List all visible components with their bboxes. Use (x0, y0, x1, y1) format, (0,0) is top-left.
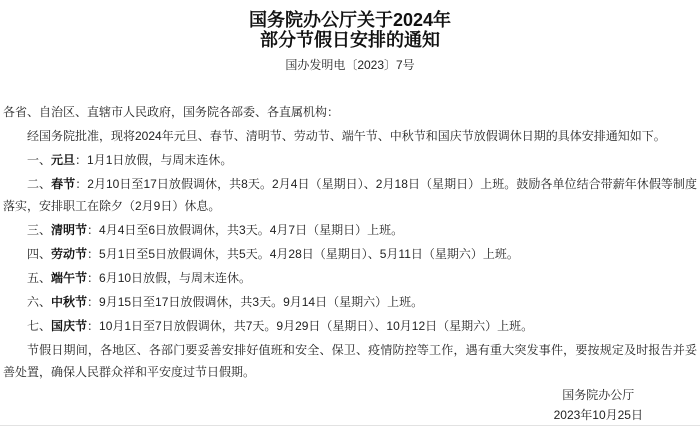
document-number: 国办发明电〔2023〕7号 (0, 57, 700, 73)
holiday-item-dragon-boat: 五、端午节：6月10日放假，与周末连休。 (3, 267, 697, 289)
signature-block: 国务院办公厅 2023年10月25日 (554, 385, 643, 425)
holiday-name: 劳动节 (51, 247, 87, 261)
notice-document: 国务院办公厅关于2024年 部分节假日安排的通知 国办发明电〔2023〕7号 各… (0, 0, 700, 426)
holiday-name: 中秋节 (51, 295, 87, 309)
item-prefix: 五、 (27, 271, 51, 285)
item-prefix: 三、 (27, 223, 51, 237)
item-text: ：4月4日至6日放假调休，共3天。4月7日（星期日）上班。 (87, 223, 403, 237)
holiday-item-spring-festival: 二、春节：2月10日至17日放假调休，共8天。2月4日（星期日）、2月18日（星… (3, 173, 697, 217)
holiday-name: 春节 (51, 177, 75, 191)
item-text: ：10月1日至7日放假调休，共7天。9月29日（星期日）、10月12日（星期六）… (87, 319, 533, 333)
holiday-name: 国庆节 (51, 319, 87, 333)
document-title: 国务院办公厅关于2024年 部分节假日安排的通知 (0, 10, 700, 50)
item-text: ：9月15日至17日放假调休，共3天。9月14日（星期六）上班。 (87, 295, 423, 309)
closing-paragraph: 节假日期间，各地区、各部门要妥善安排好值班和安全、保卫、疫情防控等工作，遇有重大… (3, 339, 697, 383)
intro-paragraph: 经国务院批准，现将2024年元旦、春节、清明节、劳动节、端午节、中秋节和国庆节放… (3, 125, 697, 147)
holiday-item-mid-autumn: 六、中秋节：9月15日至17日放假调休，共3天。9月14日（星期六）上班。 (3, 291, 697, 313)
holiday-item-qingming: 三、清明节：4月4日至6日放假调休，共3天。4月7日（星期日）上班。 (3, 219, 697, 241)
item-prefix: 六、 (27, 295, 51, 309)
item-text: ：1月1日放假，与周末连休。 (75, 153, 232, 167)
item-text: ：5月1日至5日放假调休，共5天。4月28日（星期日）、5月11日（星期六）上班… (87, 247, 519, 261)
item-prefix: 二、 (27, 177, 51, 191)
document-body: 各省、自治区、直辖市人民政府，国务院各部委、各直属机构： 经国务院批准，现将20… (0, 101, 700, 383)
holiday-item-labor-day: 四、劳动节：5月1日至5日放假调休，共5天。4月28日（星期日）、5月11日（星… (3, 243, 697, 265)
title-line-2: 部分节假日安排的通知 (0, 30, 700, 50)
title-line-1: 国务院办公厅关于2024年 (0, 10, 700, 30)
holiday-name: 元旦 (51, 153, 75, 167)
document-header: 国务院办公厅关于2024年 部分节假日安排的通知 国办发明电〔2023〕7号 (0, 0, 700, 73)
salutation: 各省、自治区、直辖市人民政府，国务院各部委、各直属机构： (3, 101, 697, 123)
item-text: ：2月10日至17日放假调休，共8天。2月4日（星期日）、2月18日（星期日）上… (3, 177, 697, 213)
item-prefix: 四、 (27, 247, 51, 261)
holiday-name: 清明节 (51, 223, 87, 237)
item-prefix: 七、 (27, 319, 51, 333)
issuer-name: 国务院办公厅 (554, 385, 643, 405)
item-text: ：6月10日放假，与周末连休。 (87, 271, 251, 285)
holiday-item-new-year: 一、元旦：1月1日放假，与周末连休。 (3, 149, 697, 171)
holiday-name: 端午节 (51, 271, 87, 285)
item-prefix: 一、 (27, 153, 51, 167)
issue-date: 2023年10月25日 (554, 405, 643, 425)
holiday-item-national-day: 七、国庆节：10月1日至7日放假调休，共7天。9月29日（星期日）、10月12日… (3, 315, 697, 337)
